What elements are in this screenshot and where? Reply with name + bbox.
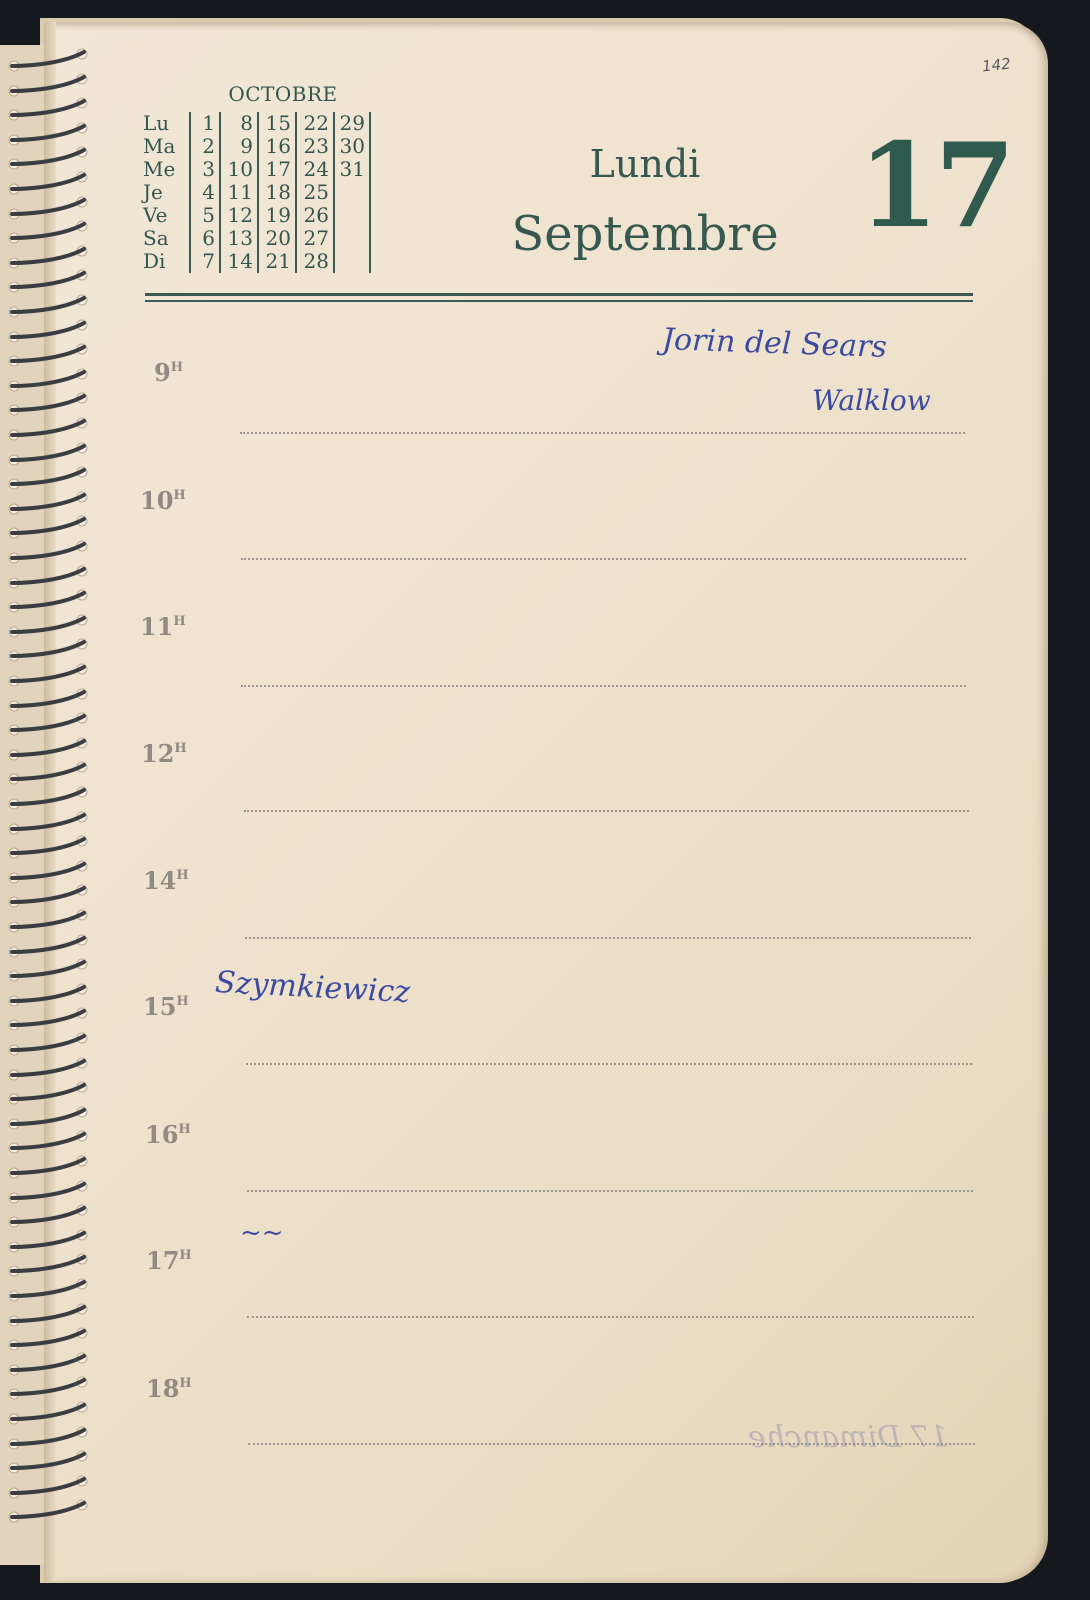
mini-calendar-month: OCTOBRE (178, 82, 388, 106)
spiral-coil (6, 909, 90, 929)
hour-number: 18 (146, 1374, 179, 1403)
mini-calendar-grid: Lu Ma Me Je Ve Sa Di 1 2 3 4 5 6 7 8 9 1… (143, 112, 388, 273)
mini-calendar-october: OCTOBRE Lu Ma Me Je Ve Sa Di 1 2 3 4 5 6… (143, 82, 388, 273)
date-cell: 12 (221, 204, 253, 227)
spiral-coil (6, 1032, 90, 1052)
spiral-coil (6, 73, 90, 93)
hour-suffix: H (179, 1248, 191, 1263)
page-number: 142 (981, 55, 1011, 76)
date-cell: 15 (259, 112, 291, 135)
spiral-coil (6, 1130, 90, 1150)
hour-number: 15 (143, 992, 176, 1021)
weekday-label: Lu (143, 112, 189, 135)
hour-suffix: H (173, 488, 185, 503)
spiral-coil (6, 1401, 90, 1421)
date-cell: 18 (259, 181, 291, 204)
hour-number: 9 (154, 358, 171, 387)
weekday-label: Sa (143, 227, 189, 250)
date-cell: 20 (259, 227, 291, 250)
date-cell: 31 (335, 158, 365, 181)
weekday-label: Di (143, 250, 189, 273)
spiral-coil (6, 1450, 90, 1470)
slot-line-10 (241, 558, 966, 560)
hour-suffix: H (176, 868, 188, 883)
date-cell: 30 (335, 135, 365, 158)
hour-suffix: H (173, 614, 185, 629)
hour-number: 17 (146, 1246, 179, 1275)
header-divider-thin (145, 300, 973, 302)
spiral-coil (6, 1253, 90, 1273)
date-cell: 27 (297, 227, 329, 250)
spiral-coil (6, 1352, 90, 1372)
week-column-4: 22 23 24 25 26 27 28 (295, 112, 333, 273)
spiral-coil (6, 1155, 90, 1175)
reverse-side-bleed-through: 17 Dimanche (748, 1420, 949, 1455)
hour-suffix: H (176, 994, 188, 1009)
date-cell: 22 (297, 112, 329, 135)
spiral-coil (6, 1057, 90, 1077)
date-cell: 13 (221, 227, 253, 250)
spiral-coil (6, 171, 90, 191)
spiral-coil (6, 761, 90, 781)
hour-number: 16 (145, 1120, 178, 1149)
weekday-label: Me (143, 158, 189, 181)
hour-label-18: 18H (146, 1374, 192, 1403)
hour-label-15: 15H (143, 992, 189, 1021)
spiral-coil (6, 97, 90, 117)
hour-suffix: H (174, 741, 186, 756)
date-cell (335, 250, 365, 273)
week-column-2: 8 9 10 11 12 13 14 (219, 112, 257, 273)
spiral-coil (6, 1229, 90, 1249)
spiral-coil (6, 737, 90, 757)
header-divider (145, 293, 973, 296)
spiral-coil (6, 958, 90, 978)
spiral-coil (6, 638, 90, 658)
spiral-coil (6, 491, 90, 511)
date-cell (335, 204, 365, 227)
date-cell: 8 (221, 112, 253, 135)
date-cell: 16 (259, 135, 291, 158)
date-cell: 4 (191, 181, 215, 204)
slot-line-12 (244, 810, 969, 812)
spiral-coil (6, 417, 90, 437)
date-cell: 11 (221, 181, 253, 204)
handwritten-entry-17: ~~ (240, 1218, 284, 1248)
date-cell: 19 (259, 204, 291, 227)
spiral-coil (6, 1180, 90, 1200)
date-cell: 7 (191, 250, 215, 273)
spiral-coil (6, 712, 90, 732)
spiral-coil (6, 688, 90, 708)
spiral-binding (0, 40, 100, 1540)
spiral-coil (6, 515, 90, 535)
hour-suffix: H (178, 1122, 190, 1137)
spiral-coil (6, 589, 90, 609)
header-month: Septembre (500, 206, 790, 262)
slot-line-11 (241, 685, 966, 687)
handwritten-entry-9-line2: Walklow (812, 384, 931, 417)
date-cell (335, 181, 365, 204)
hour-number: 11 (140, 612, 173, 641)
spiral-coil (6, 786, 90, 806)
week-column-1: 1 2 3 4 5 6 7 (189, 112, 219, 273)
spiral-coil (6, 1204, 90, 1224)
hour-label-10: 10H (140, 486, 186, 515)
spiral-coil (6, 245, 90, 265)
spiral-coil (6, 884, 90, 904)
spiral-coil (6, 392, 90, 412)
spiral-coil (6, 146, 90, 166)
spiral-coil (6, 1499, 90, 1519)
date-cell: 25 (297, 181, 329, 204)
date-cell: 29 (335, 112, 365, 135)
spiral-coil (6, 1376, 90, 1396)
weekday-label: Ve (143, 204, 189, 227)
hour-label-14: 14H (143, 866, 189, 895)
date-cell: 17 (259, 158, 291, 181)
spiral-coil (6, 220, 90, 240)
header-weekday: Lundi (540, 142, 750, 186)
spiral-coil (6, 835, 90, 855)
slot-line-14 (245, 937, 971, 939)
spiral-coil (6, 565, 90, 585)
spiral-coil (6, 663, 90, 683)
spiral-coil (6, 1007, 90, 1027)
weekday-label: Je (143, 181, 189, 204)
date-cell: 26 (297, 204, 329, 227)
date-cell: 6 (191, 227, 215, 250)
week-column-5: 29 30 31 (333, 112, 371, 273)
hour-label-16: 16H (145, 1120, 191, 1149)
date-cell: 2 (191, 135, 215, 158)
spiral-coil (6, 983, 90, 1003)
header-day-number: 17 (858, 128, 1011, 244)
weekday-column: Lu Ma Me Je Ve Sa Di (143, 112, 189, 273)
spiral-coil (6, 196, 90, 216)
spiral-coil (6, 1426, 90, 1446)
date-cell: 14 (221, 250, 253, 273)
spiral-coil (6, 1327, 90, 1347)
slot-line-15 (246, 1063, 972, 1065)
spiral-coil (6, 1106, 90, 1126)
slot-line-17 (247, 1316, 974, 1318)
spiral-coil (6, 1475, 90, 1495)
spiral-coil (6, 319, 90, 339)
hour-label-9: 9H (154, 358, 183, 387)
date-cell: 1 (191, 112, 215, 135)
date-cell: 10 (221, 158, 253, 181)
date-cell: 23 (297, 135, 329, 158)
spiral-coil (6, 442, 90, 462)
spiral-coil (6, 343, 90, 363)
spiral-coil (6, 368, 90, 388)
spiral-coil (6, 269, 90, 289)
spiral-coil (6, 122, 90, 142)
spiral-coil (6, 48, 90, 68)
hour-label-17: 17H (146, 1246, 192, 1275)
date-cell: 24 (297, 158, 329, 181)
hour-label-11: 11H (140, 612, 186, 641)
spiral-coil (6, 1081, 90, 1101)
spiral-coil (6, 1303, 90, 1323)
date-cell: 5 (191, 204, 215, 227)
hour-suffix: H (179, 1376, 191, 1391)
spiral-coil (6, 466, 90, 486)
hour-label-12: 12H (141, 739, 187, 768)
date-cell: 3 (191, 158, 215, 181)
date-cell: 28 (297, 250, 329, 273)
spiral-coil (6, 811, 90, 831)
spiral-coil (6, 614, 90, 634)
hour-number: 14 (143, 866, 176, 895)
week-column-3: 15 16 17 18 19 20 21 (257, 112, 295, 273)
slot-line-16 (247, 1190, 973, 1192)
spiral-coil (6, 294, 90, 314)
date-cell: 21 (259, 250, 291, 273)
hour-number: 12 (141, 739, 174, 768)
weekday-label: Ma (143, 135, 189, 158)
spiral-coil (6, 540, 90, 560)
date-cell (335, 227, 365, 250)
date-cell: 9 (221, 135, 253, 158)
spiral-coil (6, 934, 90, 954)
hour-suffix: H (171, 360, 183, 375)
spiral-coil (6, 1278, 90, 1298)
hour-number: 10 (140, 486, 173, 515)
spiral-coil (6, 860, 90, 880)
slot-line-9 (240, 432, 965, 434)
